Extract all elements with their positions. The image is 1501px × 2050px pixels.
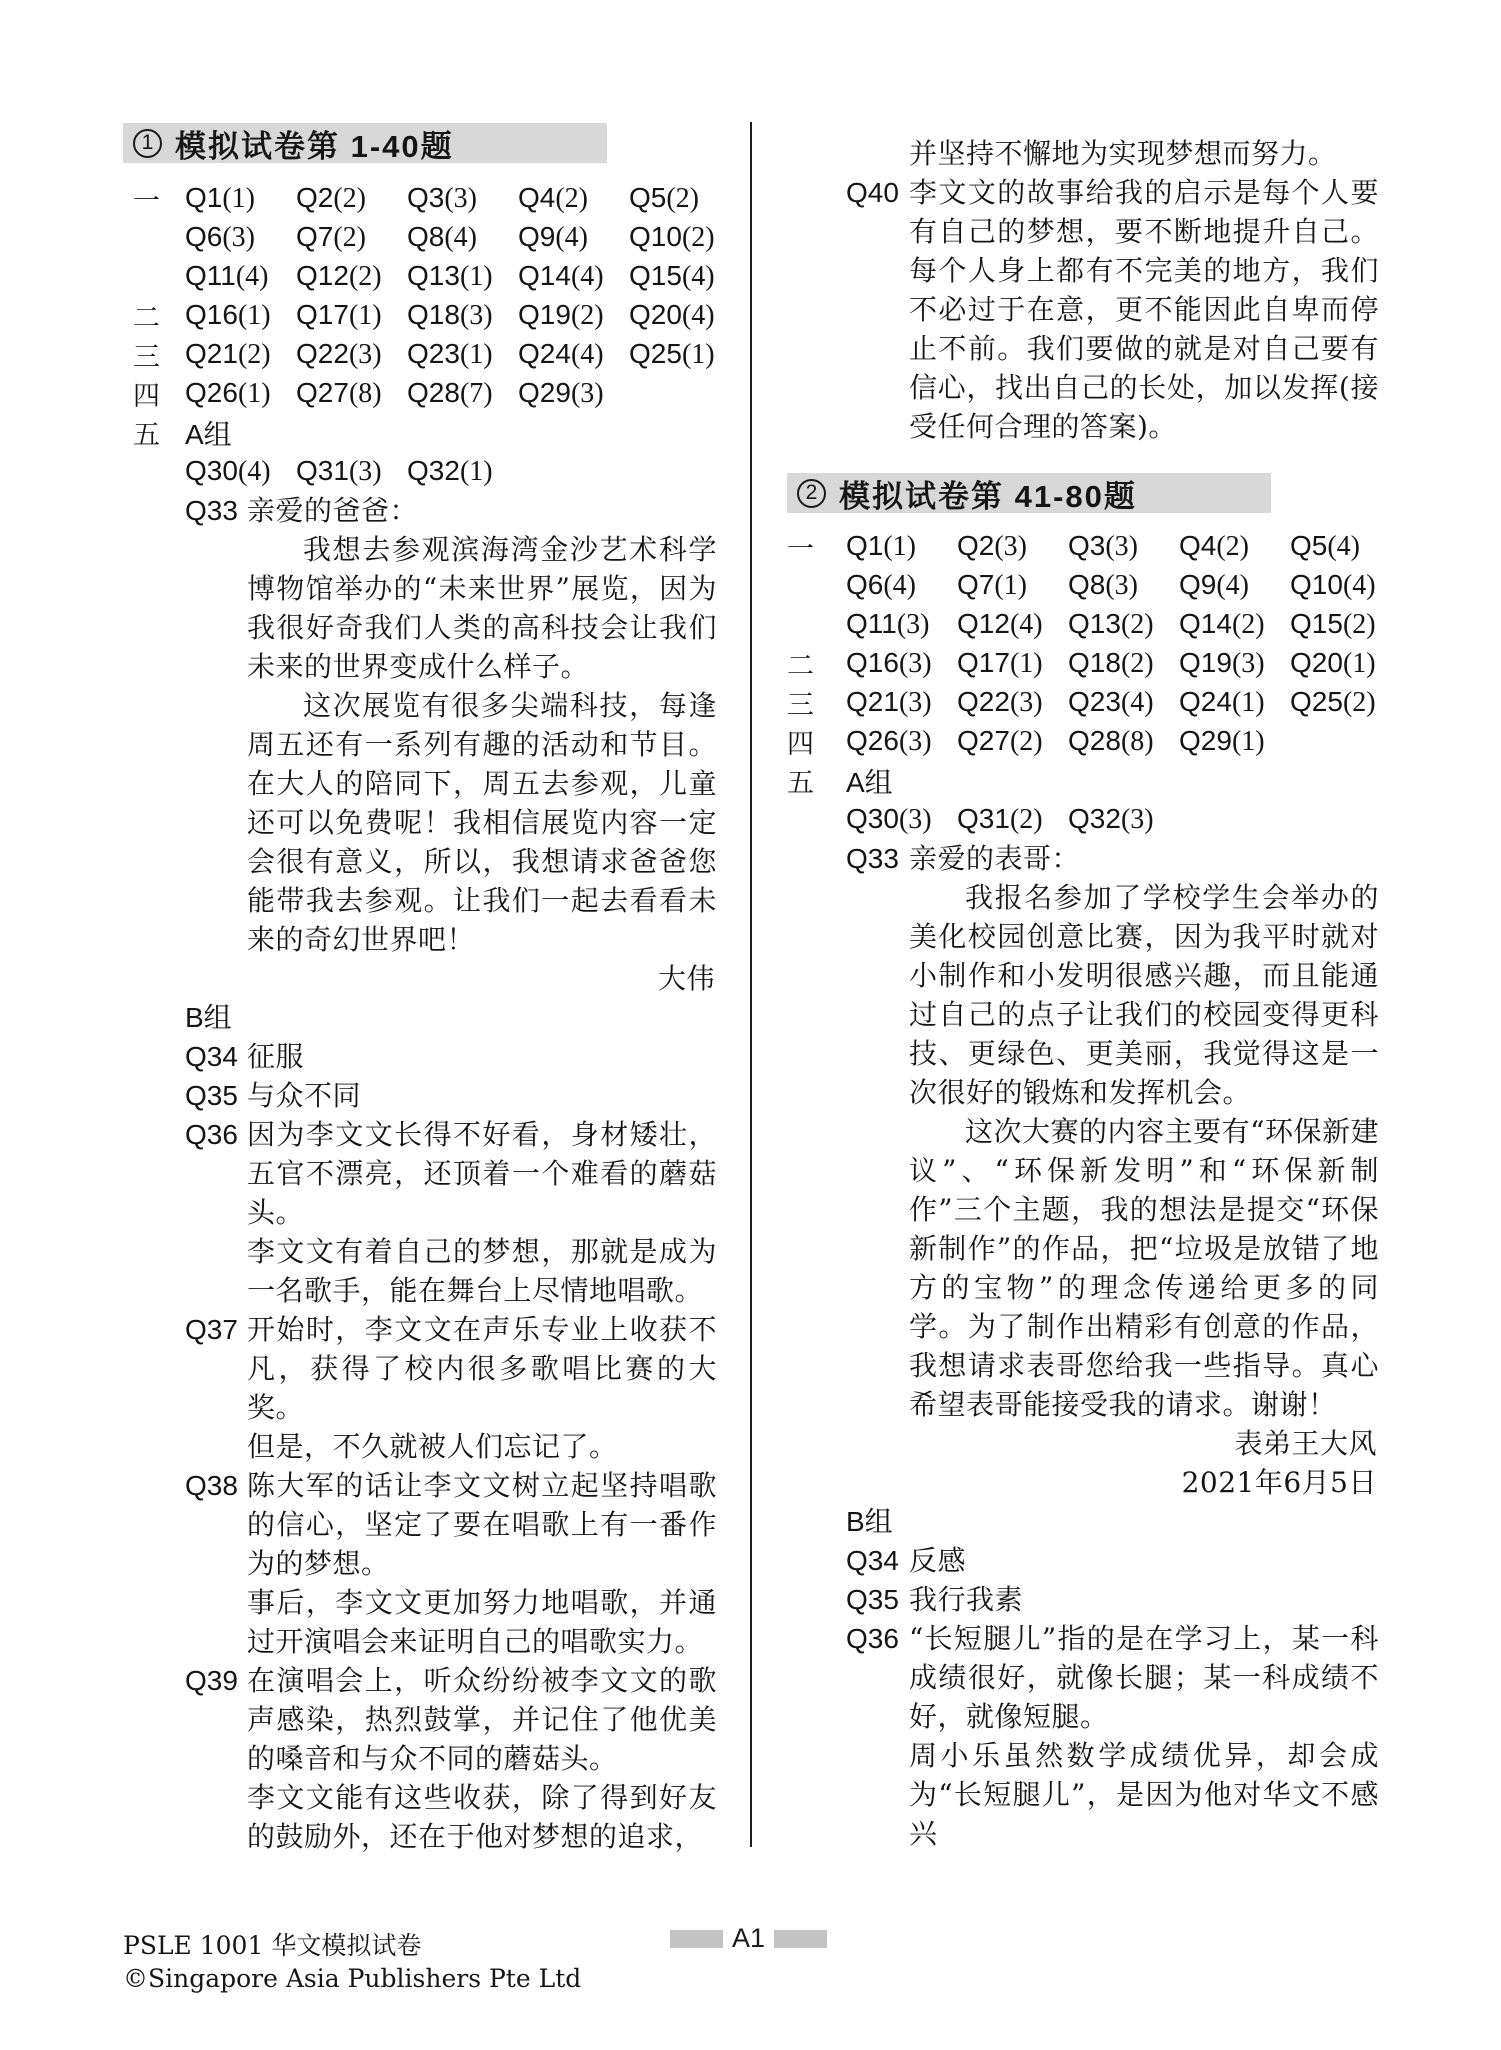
answer-row: Q6(4)Q7(1)Q8(3)Q9(4)Q10(4) [787, 566, 1415, 605]
answer-paragraph: 这次展览有很多尖端科技，每逢周五还有一系列有趣的活动和节目。在大人的陪同下，周五… [247, 686, 717, 959]
qa-block: 并坚持不懈地为实现梦想而努力。 [787, 134, 1415, 173]
answer-text: 亲爱的爸爸：我想去参观滨海湾金沙艺术科学博物馆举办的“未来世界”展览，因为我很好… [247, 491, 717, 998]
answer-value: (8) [1121, 726, 1154, 757]
answer-paragraph: 事后，李文文更加努力地唱歌，并通过开演唱会来证明自己的唱歌实力。 [247, 1583, 717, 1661]
question-number: Q10 [629, 221, 682, 252]
answer-value: (3) [1121, 804, 1154, 835]
answer-value: (2) [333, 183, 366, 214]
answer-row: 五A组 [787, 761, 1415, 800]
answer-text: 我行我素 [909, 1580, 1379, 1619]
answer-paragraph: 并坚持不懈地为实现梦想而努力。 [909, 134, 1379, 173]
answer-row: 一Q1(1)Q2(2)Q3(3)Q4(2)Q5(2) [123, 179, 755, 218]
answer-value: (4) [238, 456, 271, 487]
answer-row: Q30(4)Q31(3)Q32(1) [123, 452, 755, 491]
question-number: Q11 [185, 260, 236, 291]
answer-text: 亲爱的表哥：我报名参加了学校学生会举办的美化校园创意比赛，因为我平时就对小制作和… [909, 839, 1379, 1502]
qa-block: Q34征服 [123, 1037, 755, 1076]
question-number: Q12 [957, 608, 1010, 639]
answer-value: (1) [460, 456, 493, 487]
answer-cell: Q5(2) [629, 182, 740, 215]
question-number: Q8 [1068, 569, 1105, 600]
page-marker-bar-right-icon [774, 1930, 827, 1948]
qa-block: Q33亲爱的表哥：我报名参加了学校学生会举办的美化校园创意比赛，因为我平时就对小… [787, 839, 1415, 1502]
question-number: Q30 [185, 455, 238, 486]
answer-value: (1) [883, 531, 916, 562]
answer-value: (3) [460, 300, 493, 331]
answer-cell: Q30(4) [185, 455, 296, 488]
question-number: Q6 [846, 569, 883, 600]
answer-cell: Q7(2) [296, 221, 407, 254]
answer-cell: Q10(4) [1290, 569, 1401, 602]
question-number: Q24 [518, 338, 571, 369]
answer-cell: Q26(1) [185, 377, 296, 410]
question-number: Q29 [1179, 725, 1232, 756]
answer-value: (3) [349, 339, 382, 370]
question-number: Q20 [1290, 647, 1343, 678]
part-marker: 一 [123, 179, 185, 218]
answer-cell: Q12(4) [957, 608, 1068, 641]
answer-cell: Q9(4) [1179, 569, 1290, 602]
question-label: Q34 [185, 1037, 247, 1076]
question-number: Q7 [296, 221, 333, 252]
answer-cell: Q3(3) [1068, 530, 1179, 563]
answer-row: 二Q16(1)Q17(1)Q18(3)Q19(2)Q20(4) [123, 296, 755, 335]
answer-paragraph: 大伟 [247, 959, 717, 998]
answer-cell: Q23(1) [407, 338, 518, 371]
answer-cell: Q8(4) [407, 221, 518, 254]
answer-value: (1) [460, 339, 493, 370]
answer-cell: Q28(7) [407, 377, 518, 410]
answer-value: (3) [1010, 687, 1043, 718]
answer-cell: Q21(3) [846, 686, 957, 719]
answer-value: (7) [460, 378, 493, 409]
answer-cell: Q16(3) [846, 647, 957, 680]
answer-cell: Q2(2) [296, 182, 407, 215]
answer-value: (2) [555, 183, 588, 214]
question-label: Q38 [185, 1466, 247, 1661]
answer-cell: Q32(3) [1068, 803, 1179, 836]
question-number: Q5 [1290, 530, 1327, 561]
answer-row: 一Q1(1)Q2(3)Q3(3)Q4(2)Q5(4) [787, 527, 1415, 566]
answer-cell: Q9(4) [518, 221, 629, 254]
answer-cell: Q2(3) [957, 530, 1068, 563]
answer-paragraph: 2021年6月5日 [909, 1463, 1379, 1502]
question-number: Q30 [846, 803, 899, 834]
answer-value: (1) [238, 300, 271, 331]
question-number: Q15 [1290, 608, 1343, 639]
answer-group-label: B组 [185, 998, 247, 1037]
part-marker: 三 [787, 683, 846, 722]
answer-cell: Q32(1) [407, 455, 518, 488]
page-marker-label: A1 [732, 1923, 765, 1954]
answer-value: (4) [1121, 687, 1154, 718]
answer-cell: Q3(3) [407, 182, 518, 215]
answer-value: (3) [899, 687, 932, 718]
answer-row: Q11(4)Q12(2)Q13(1)Q14(4)Q15(4) [123, 257, 755, 296]
answer-cell: Q20(4) [629, 299, 740, 332]
column-divider [750, 122, 752, 1847]
answer-key-page: 1模拟试卷第 1-40题一Q1(1)Q2(2)Q3(3)Q4(2)Q5(2)Q6… [0, 0, 1501, 2050]
question-number: Q21 [185, 338, 238, 369]
question-number: Q17 [296, 299, 349, 330]
answer-value: (3) [899, 804, 932, 835]
answer-value: (1) [460, 261, 493, 292]
answer-cell: Q22(3) [296, 338, 407, 371]
answer-value: (3) [899, 648, 932, 679]
answer-value: (4) [682, 300, 715, 331]
answer-value: (1) [1232, 726, 1265, 757]
answer-cell: Q11(3) [846, 608, 957, 641]
question-label: Q36 [846, 1619, 909, 1853]
qa-block: Q39在演唱会上，听众纷纷被李文文的歌声感染，热烈鼓掌，并记住了他优美的嗓音和与… [123, 1661, 755, 1856]
answer-paragraph: 反感 [909, 1541, 1379, 1580]
question-number: Q1 [185, 182, 222, 213]
question-number: Q15 [629, 260, 682, 291]
question-number: Q12 [296, 260, 349, 291]
answer-cell: Q30(3) [846, 803, 957, 836]
section-title: 模拟试卷第 1-40题 [175, 121, 454, 166]
question-number: Q19 [1179, 647, 1232, 678]
answer-value: (1) [682, 339, 715, 370]
answer-paragraph: 李文文有着自己的梦想，那就是成为一名歌手，能在舞台上尽情地唱歌。 [247, 1232, 717, 1310]
answer-cell: Q29(3) [518, 377, 629, 410]
answer-value: (3) [1105, 570, 1138, 601]
part-marker: 二 [787, 644, 846, 683]
answer-text: 因为李文文长得不好看，身材矮壮，五官不漂亮，还顶着一个难看的蘑菇头。李文文有着自… [247, 1115, 717, 1310]
question-number: Q11 [846, 608, 897, 639]
answer-row: 三Q21(2)Q22(3)Q23(1)Q24(4)Q25(1) [123, 335, 755, 374]
question-number: Q18 [1068, 647, 1121, 678]
answer-paragraph: 李文文的故事给我的启示是每个人要有自己的梦想，要不断地提升自己。每个人身上都有不… [909, 173, 1379, 446]
answer-paragraph: 在演唱会上，听众纷纷被李文文的歌声感染，热烈鼓掌，并记住了他优美的嗓音和与众不同… [247, 1661, 717, 1778]
answer-value: (4) [1327, 531, 1360, 562]
answer-cell: Q27(8) [296, 377, 407, 410]
question-number: Q10 [1290, 569, 1343, 600]
qa-block: Q40李文文的故事给我的启示是每个人要有自己的梦想，要不断地提升自己。每个人身上… [787, 173, 1415, 446]
answer-group-row: B组 [123, 998, 755, 1037]
question-number: Q13 [407, 260, 460, 291]
question-number: Q20 [629, 299, 682, 330]
answer-value: (3) [897, 609, 930, 640]
answer-value: (1) [1010, 648, 1043, 679]
answer-text: 开始时，李文文在声乐专业上收获不凡，获得了校内很多歌唱比赛的大奖。但是，不久就被… [247, 1310, 717, 1466]
answer-cell: Q24(1) [1179, 686, 1290, 719]
answer-group-row: B组 [787, 1502, 1415, 1541]
answer-cell: Q27(2) [957, 725, 1068, 758]
page-marker: A1 [670, 1923, 827, 1954]
question-number: Q2 [957, 530, 994, 561]
right-column: 并坚持不懈地为实现梦想而努力。Q40李文文的故事给我的启示是每个人要有自己的梦想… [787, 134, 1415, 1853]
answer-cell: Q22(3) [957, 686, 1068, 719]
page-marker-bar-left-icon [670, 1930, 723, 1948]
footer: PSLE 1001 华文模拟试卷 ©Singapore Asia Publish… [123, 1929, 581, 1995]
answer-paragraph: 我想去参观滨海湾金沙艺术科学博物馆举办的“未来世界”展览，因为我很好奇我们人类的… [247, 530, 717, 686]
answer-value: (3) [1232, 648, 1265, 679]
answer-value: (2) [666, 183, 699, 214]
question-number: Q25 [1290, 686, 1343, 717]
answer-value: (1) [1343, 648, 1376, 679]
question-label: Q35 [846, 1580, 909, 1619]
answer-value: (1) [238, 378, 271, 409]
answer-row: 四Q26(1)Q27(8)Q28(7)Q29(3) [123, 374, 755, 413]
answer-cell: Q15(4) [629, 260, 740, 293]
answer-cell: Q20(1) [1290, 647, 1401, 680]
answer-value: (4) [236, 261, 269, 292]
answer-value: (4) [883, 570, 916, 601]
answer-value: (2) [349, 261, 382, 292]
question-number: Q25 [629, 338, 682, 369]
answer-cell: Q14(2) [1179, 608, 1290, 641]
question-label: Q39 [185, 1661, 247, 1856]
question-number: Q28 [407, 377, 460, 408]
question-number: Q32 [1068, 803, 1121, 834]
part-marker: 二 [123, 296, 185, 335]
answer-cell: Q17(1) [296, 299, 407, 332]
question-number: Q9 [1179, 569, 1216, 600]
answer-paragraph: 陈大军的话让李文文树立起坚持唱歌的信心，坚定了要在唱歌上有一番作为的梦想。 [247, 1466, 717, 1583]
part-marker: 三 [123, 335, 185, 374]
answer-paragraph: 我行我素 [909, 1580, 1379, 1619]
answer-row: Q11(3)Q12(4)Q13(2)Q14(2)Q15(2) [787, 605, 1415, 644]
question-number: Q1 [846, 530, 883, 561]
answer-value: (2) [682, 222, 715, 253]
answer-value: (4) [1216, 570, 1249, 601]
answer-value: (4) [571, 261, 604, 292]
question-number: Q22 [296, 338, 349, 369]
question-label: Q35 [185, 1076, 247, 1115]
answer-cell: Q13(1) [407, 260, 518, 293]
part-marker: 五 [123, 413, 185, 452]
answer-value: (2) [1216, 531, 1249, 562]
answer-cell: Q1(1) [846, 530, 957, 563]
question-number: Q19 [518, 299, 571, 330]
answer-value: (4) [1010, 609, 1043, 640]
qa-block: Q36“长短腿儿”指的是在学习上，某一科成绩很好，就像长腿；某一科成绩不好，就像… [787, 1619, 1415, 1853]
answer-paragraph: 与众不同 [247, 1076, 717, 1115]
part-marker: 五 [787, 761, 846, 800]
answer-cell: Q18(2) [1068, 647, 1179, 680]
answer-value: (2) [1232, 609, 1265, 640]
answer-cell: Q29(1) [1179, 725, 1290, 758]
answer-cell: Q14(4) [518, 260, 629, 293]
answer-cell: Q6(4) [846, 569, 957, 602]
section-title: 模拟试卷第 41-80题 [839, 471, 1137, 516]
answer-paragraph: 表弟王大风 [909, 1424, 1379, 1463]
answer-cell: Q31(2) [957, 803, 1068, 836]
question-number: Q24 [1179, 686, 1232, 717]
question-number: Q16 [846, 647, 899, 678]
answer-value: (1) [1232, 687, 1265, 718]
question-number: Q17 [957, 647, 1010, 678]
answer-value: (3) [222, 222, 255, 253]
answer-paragraph: 开始时，李文文在声乐专业上收获不凡，获得了校内很多歌唱比赛的大奖。 [247, 1310, 717, 1427]
answer-text: 并坚持不懈地为实现梦想而努力。 [909, 134, 1379, 173]
answer-paragraph: 征服 [247, 1037, 717, 1076]
answer-text: 在演唱会上，听众纷纷被李文文的歌声感染，热烈鼓掌，并记住了他优美的嗓音和与众不同… [247, 1661, 717, 1856]
answer-cell: Q12(2) [296, 260, 407, 293]
question-number: Q27 [296, 377, 349, 408]
answer-cell: Q6(3) [185, 221, 296, 254]
answer-value: (2) [333, 222, 366, 253]
answer-text: “长短腿儿”指的是在学习上，某一科成绩很好，就像长腿；某一科成绩不好，就像短腿。… [909, 1619, 1379, 1853]
question-number: Q31 [296, 455, 349, 486]
answer-paragraph: 因为李文文长得不好看，身材矮壮，五官不漂亮，还顶着一个难看的蘑菇头。 [247, 1115, 717, 1232]
section-header: 2模拟试卷第 41-80题 [787, 473, 1271, 513]
answer-cell: Q10(2) [629, 221, 740, 254]
answer-value: (2) [1121, 609, 1154, 640]
answer-cell: Q8(3) [1068, 569, 1179, 602]
question-number: Q27 [957, 725, 1010, 756]
question-number: Q31 [957, 803, 1010, 834]
answer-row: 四Q26(3)Q27(2)Q28(8)Q29(1) [787, 722, 1415, 761]
answer-value: (1) [994, 570, 1027, 601]
section-header: 1模拟试卷第 1-40题 [123, 123, 607, 163]
question-number: Q18 [407, 299, 460, 330]
answer-cell: Q26(3) [846, 725, 957, 758]
answer-cell: Q23(4) [1068, 686, 1179, 719]
qa-block: Q38陈大军的话让李文文树立起坚持唱歌的信心，坚定了要在唱歌上有一番作为的梦想。… [123, 1466, 755, 1661]
answer-text: 陈大军的话让李文文树立起坚持唱歌的信心，坚定了要在唱歌上有一番作为的梦想。事后，… [247, 1466, 717, 1661]
answer-value: (4) [555, 222, 588, 253]
answer-cell: Q11(4) [185, 260, 296, 293]
answer-group-label: A组 [185, 413, 296, 453]
answer-value: (1) [349, 300, 382, 331]
answer-cell: Q13(2) [1068, 608, 1179, 641]
answer-group-label: A组 [846, 761, 957, 801]
answer-value: (3) [571, 378, 604, 409]
answer-paragraph: “长短腿儿”指的是在学习上，某一科成绩很好，就像长腿；某一科成绩不好，就像短腿。 [909, 1619, 1379, 1736]
answer-text: 李文文的故事给我的启示是每个人要有自己的梦想，要不断地提升自己。每个人身上都有不… [909, 173, 1379, 446]
question-number: Q23 [1068, 686, 1121, 717]
answer-cell: Q16(1) [185, 299, 296, 332]
question-label: Q33 [846, 839, 909, 1502]
qa-block: Q35与众不同 [123, 1076, 755, 1115]
answer-cell: Q25(1) [629, 338, 740, 371]
answer-value: (3) [1105, 531, 1138, 562]
qa-block: Q33亲爱的爸爸：我想去参观滨海湾金沙艺术科学博物馆举办的“未来世界”展览，因为… [123, 491, 755, 998]
answer-paragraph: 但是，不久就被人们忘记了。 [247, 1427, 717, 1466]
answer-cell: Q4(2) [518, 182, 629, 215]
question-label: Q33 [185, 491, 247, 998]
answer-row: 二Q16(3)Q17(1)Q18(2)Q19(3)Q20(1) [787, 644, 1415, 683]
answer-row: 五A组 [123, 413, 755, 452]
answer-cell: Q19(2) [518, 299, 629, 332]
answer-value: (3) [444, 183, 477, 214]
answer-value: (3) [899, 726, 932, 757]
question-label [846, 134, 909, 173]
answer-cell: Q5(4) [1290, 530, 1401, 563]
question-number: Q14 [518, 260, 571, 291]
answer-value: (4) [682, 261, 715, 292]
answer-cell: Q15(2) [1290, 608, 1401, 641]
question-number: Q14 [1179, 608, 1232, 639]
answer-row: Q30(3)Q31(2)Q32(3) [787, 800, 1415, 839]
answer-paragraph: 我报名参加了学校学生会举办的美化校园创意比赛，因为我平时就对小制作和小发明很感兴… [909, 878, 1379, 1112]
answer-row: 三Q21(3)Q22(3)Q23(4)Q24(1)Q25(2) [787, 683, 1415, 722]
question-label: Q36 [185, 1115, 247, 1310]
answer-value: (2) [571, 300, 604, 331]
question-number: Q4 [1179, 530, 1216, 561]
question-number: Q9 [518, 221, 555, 252]
qa-block: Q37开始时，李文文在声乐专业上收获不凡，获得了校内很多歌唱比赛的大奖。但是，不… [123, 1310, 755, 1466]
answer-cell: Q1(1) [185, 182, 296, 215]
question-number: Q6 [185, 221, 222, 252]
question-number: Q8 [407, 221, 444, 252]
question-number: Q22 [957, 686, 1010, 717]
answer-value: (4) [1343, 570, 1376, 601]
question-number: Q13 [1068, 608, 1121, 639]
answer-value: (1) [222, 183, 255, 214]
question-number: Q4 [518, 182, 555, 213]
answer-text: 征服 [247, 1037, 717, 1076]
answer-paragraph: 这次大赛的内容主要有“环保新建议”、“环保新发明”和“环保新制作”三个主题，我的… [909, 1112, 1379, 1424]
question-number: Q16 [185, 299, 238, 330]
question-number: Q5 [629, 182, 666, 213]
question-label: Q40 [846, 173, 909, 446]
answer-value: (3) [349, 456, 382, 487]
circled-number-icon: 2 [797, 479, 826, 508]
question-number: Q3 [407, 182, 444, 213]
question-number: Q28 [1068, 725, 1121, 756]
answer-value: (2) [1343, 687, 1376, 718]
qa-block: Q35我行我素 [787, 1580, 1415, 1619]
answer-value: (3) [994, 531, 1027, 562]
answer-value: (2) [1010, 804, 1043, 835]
question-number: Q26 [846, 725, 899, 756]
question-number: Q2 [296, 182, 333, 213]
answer-cell: Q28(8) [1068, 725, 1179, 758]
qa-block: Q36因为李文文长得不好看，身材矮壮，五官不漂亮，还顶着一个难看的蘑菇头。李文文… [123, 1115, 755, 1310]
answer-cell: Q4(2) [1179, 530, 1290, 563]
copyright: ©Singapore Asia Publishers Pte Ltd [123, 1962, 581, 1995]
part-marker: 一 [787, 527, 846, 566]
question-number: Q3 [1068, 530, 1105, 561]
answer-cell: Q7(1) [957, 569, 1068, 602]
answer-paragraph: 亲爱的表哥： [909, 839, 1379, 878]
question-number: Q26 [185, 377, 238, 408]
answer-paragraph: 周小乐虽然数学成绩优异，却会成为“长短腿儿”，是因为他对华文不感兴 [909, 1736, 1379, 1853]
part-marker: 四 [787, 722, 846, 761]
answer-cell: Q21(2) [185, 338, 296, 371]
answer-paragraph: 李文文能有这些收获，除了得到好友的鼓励外，还在于他对梦想的追求， [247, 1778, 717, 1856]
circled-number-icon: 1 [133, 129, 162, 158]
question-number: Q21 [846, 686, 899, 717]
book-title: PSLE 1001 华文模拟试卷 [123, 1929, 581, 1962]
question-number: Q7 [957, 569, 994, 600]
question-number: Q32 [407, 455, 460, 486]
qa-block: Q34反感 [787, 1541, 1415, 1580]
answer-cell: Q24(4) [518, 338, 629, 371]
answer-value: (4) [444, 222, 477, 253]
answer-text: 反感 [909, 1541, 1379, 1580]
part-marker: 四 [123, 374, 185, 413]
answer-value: (2) [1121, 648, 1154, 679]
answer-value: (2) [1010, 726, 1043, 757]
answer-value: (2) [1343, 609, 1376, 640]
answer-value: (2) [238, 339, 271, 370]
answer-cell: Q17(1) [957, 647, 1068, 680]
question-label: Q37 [185, 1310, 247, 1466]
question-number: Q29 [518, 377, 571, 408]
answer-row: Q6(3)Q7(2)Q8(4)Q9(4)Q10(2) [123, 218, 755, 257]
answer-group-label: B组 [846, 1502, 909, 1541]
answer-cell: Q25(2) [1290, 686, 1401, 719]
question-number: Q23 [407, 338, 460, 369]
answer-paragraph: 亲爱的爸爸： [247, 491, 717, 530]
question-label: Q34 [846, 1541, 909, 1580]
answer-cell: Q31(3) [296, 455, 407, 488]
left-column: 1模拟试卷第 1-40题一Q1(1)Q2(2)Q3(3)Q4(2)Q5(2)Q6… [123, 123, 755, 1856]
